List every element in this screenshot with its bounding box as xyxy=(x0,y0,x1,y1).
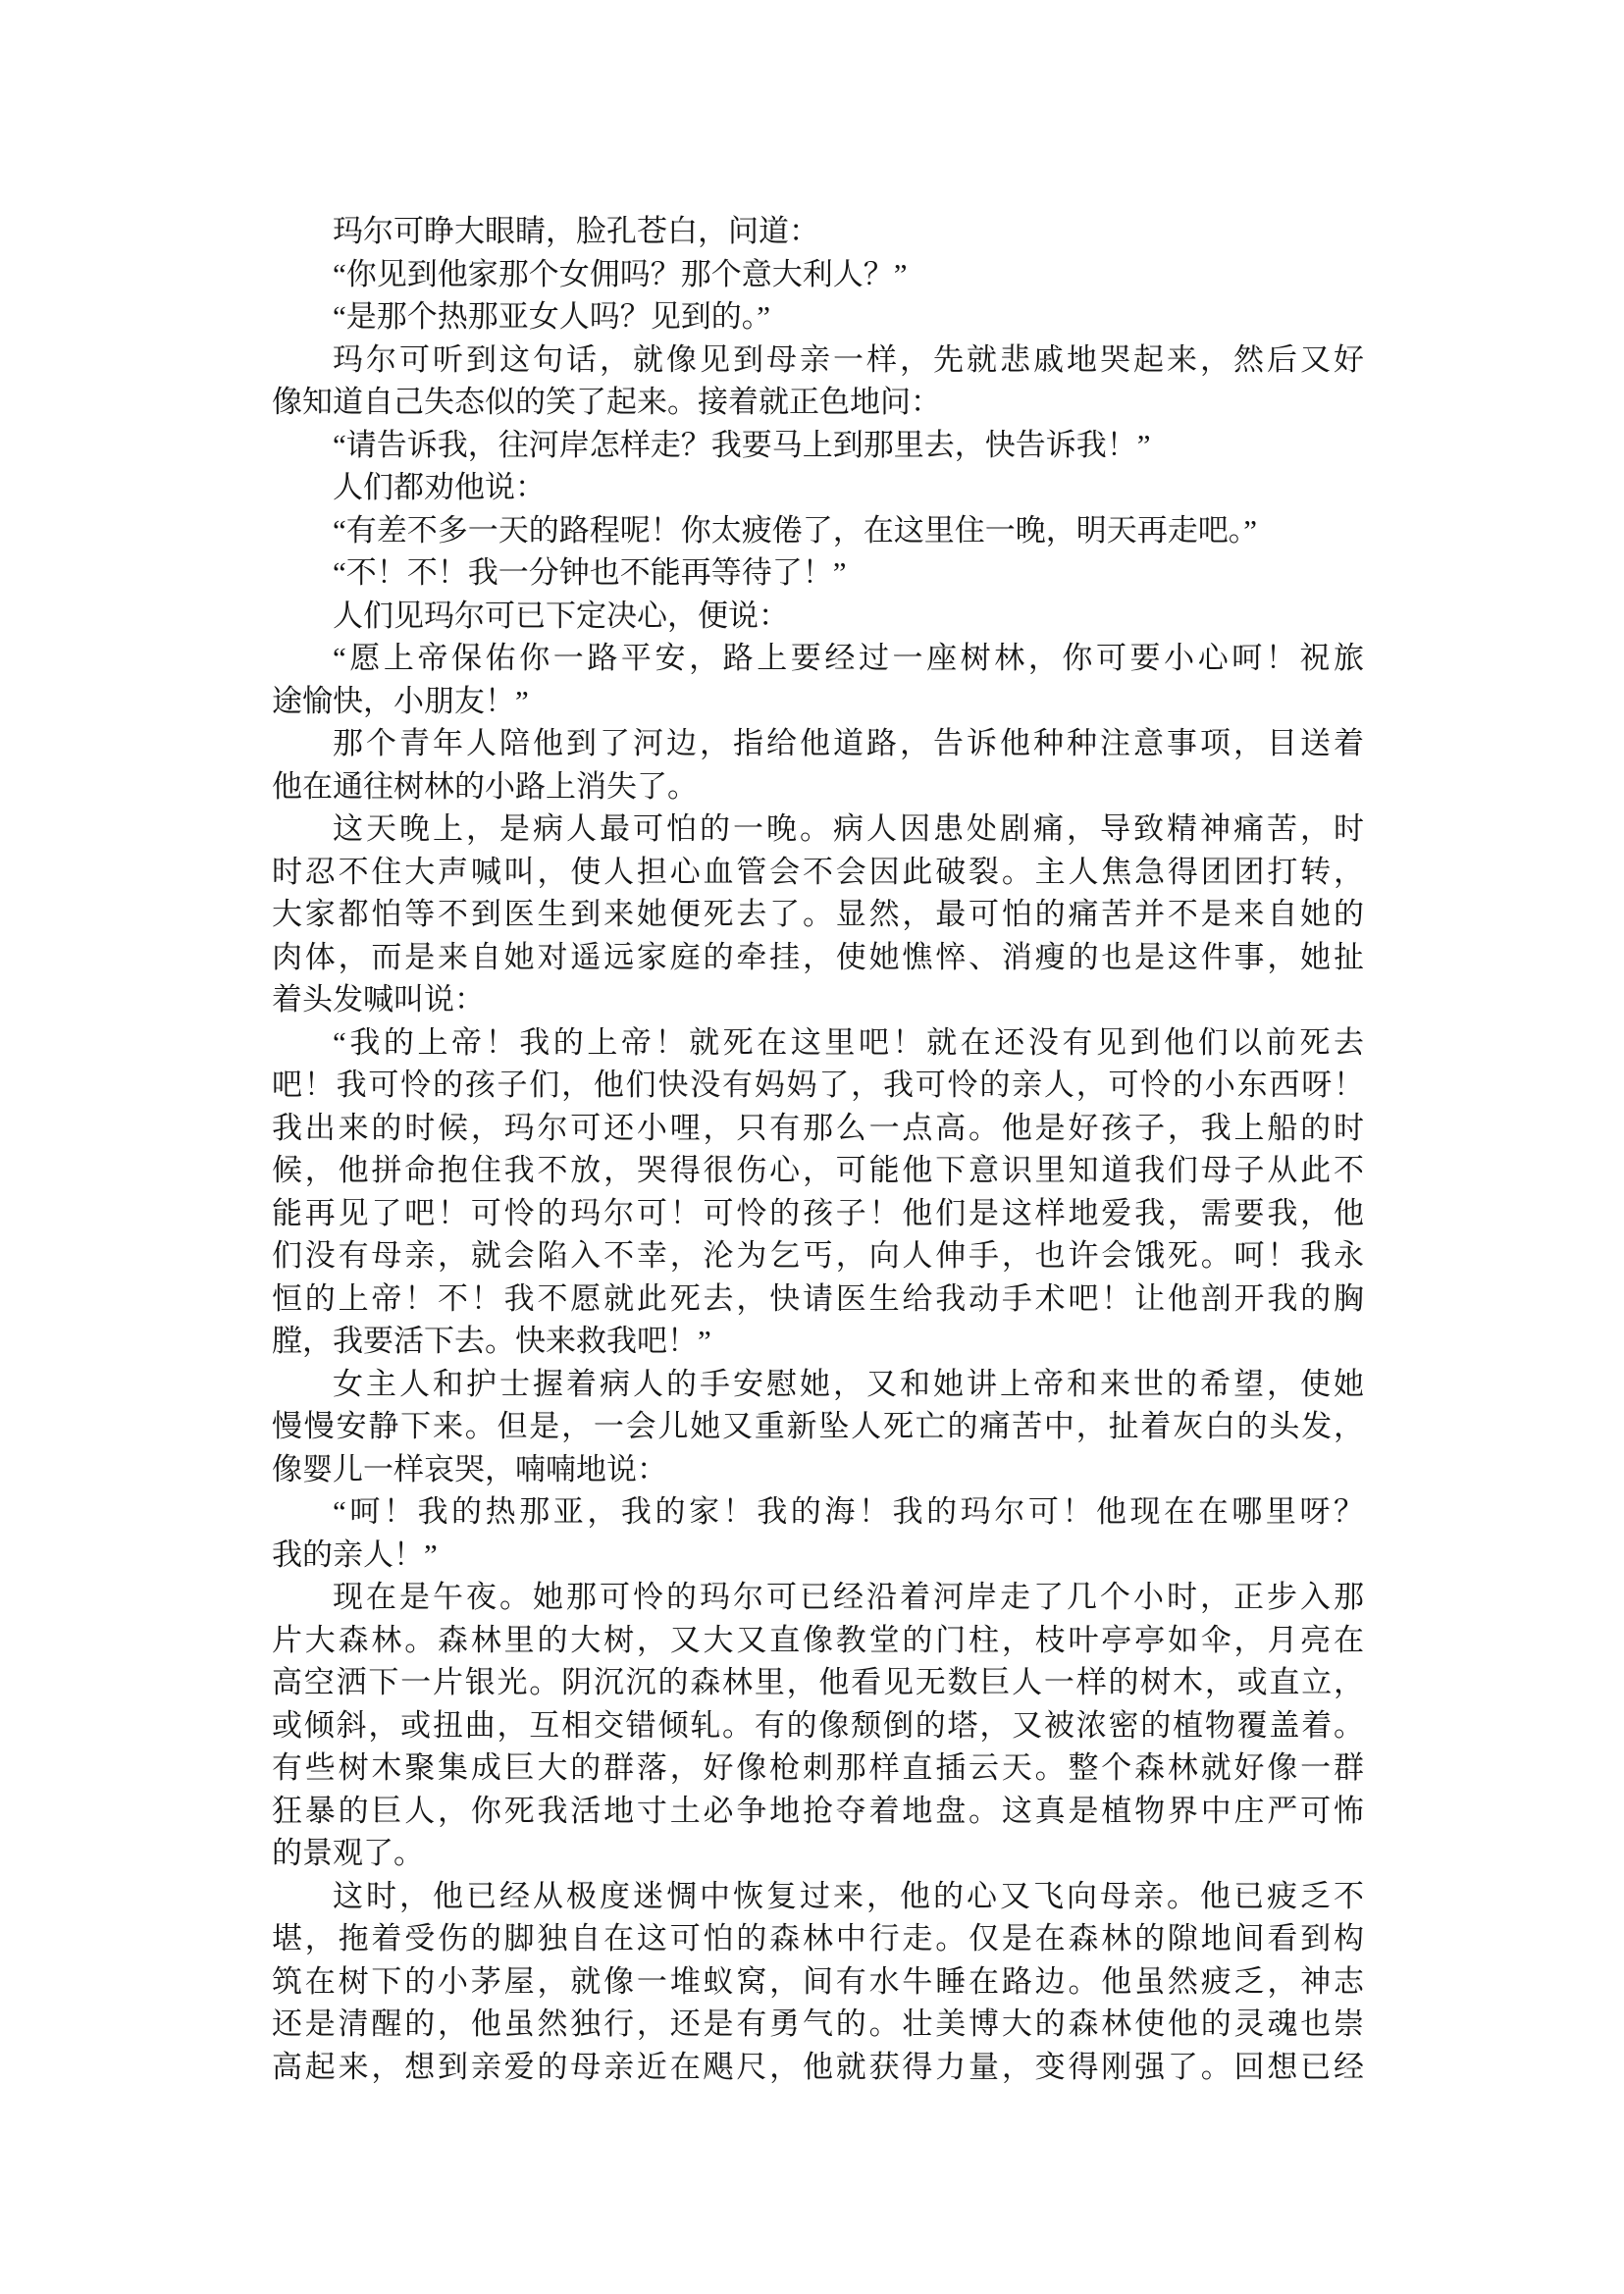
text-line: 人们都劝他说： xyxy=(272,466,1364,509)
text-line: “不！不！我一分钟也不能再等待了！” xyxy=(272,551,1364,595)
text-line: 筑在树下的小茅屋，就像一堆蚁窝，间有水牛睡在路边。他虽然疲乏，神志 xyxy=(272,1960,1364,2004)
text-line: “是那个热那亚女人吗？见到的。” xyxy=(272,295,1364,339)
text-line: 大家都怕等不到医生到来她便死去了。显然，最可怕的痛苦并不是来自她的 xyxy=(272,893,1364,936)
text-line: 这时，他已经从极度迷惆中恢复过来，他的心又飞向母亲。他已疲乏不 xyxy=(272,1875,1364,1918)
text-line: 那个青年人陪他到了河边，指给他道路，告诉他种种注意事项，目送着 xyxy=(272,722,1364,765)
text-line: 高空洒下一片银光。阴沉沉的森林里，他看见无数巨人一样的树木，或直立， xyxy=(272,1661,1364,1704)
text-line: 女主人和护士握着病人的手安慰她，又和她讲上帝和来世的希望，使她 xyxy=(272,1363,1364,1406)
text-line: 恒的上帝！不！我不愿就此死去，快请医生给我动手术吧！让他剖开我的胸 xyxy=(272,1277,1364,1321)
text-line: 有些树木聚集成巨大的群落，好像枪刺那样直插云天。整个森林就好像一群 xyxy=(272,1747,1364,1790)
text-line: 我的亲人！” xyxy=(272,1534,1364,1577)
text-line: 玛尔可听到这句话，就像见到母亲一样，先就悲戚地哭起来，然后又好 xyxy=(272,339,1364,382)
text-line: 肉体，而是来自她对遥远家庭的牵挂，使她憔悴、消瘦的也是这件事，她扯 xyxy=(272,936,1364,979)
text-line: 他在通往树林的小路上消失了。 xyxy=(272,765,1364,808)
text-line: “我的上帝！我的上帝！就死在这里吧！就在还没有见到他们以前死去 xyxy=(272,1021,1364,1065)
text-line: 片大森林。森林里的大树，又大又直像教堂的门柱，枝叶亭亭如伞，月亮在 xyxy=(272,1619,1364,1662)
text-line: 还是清醒的，他虽然独行，还是有勇气的。壮美博大的森林使他的灵魂也崇 xyxy=(272,2003,1364,2046)
text-line: 慢慢安静下来。但是，一会儿她又重新坠人死亡的痛苦中，扯着灰白的头发， xyxy=(272,1405,1364,1448)
text-line: “愿上帝保佑你一路平安，路上要经过一座树林，你可要小心呵！祝旅 xyxy=(272,637,1364,680)
text-line: 这天晚上，是病人最可怕的一晚。病人因患处剧痛，导致精神痛苦，时 xyxy=(272,808,1364,851)
text-line: 着头发喊叫说： xyxy=(272,978,1364,1021)
text-line: 候，他拼命抱住我不放，哭得很伤心，可能他下意识里知道我们母子从此不 xyxy=(272,1149,1364,1192)
text-line: “你见到他家那个女佣吗？那个意大利人？” xyxy=(272,253,1364,296)
text-line: 吧！我可怜的孩子们，他们快没有妈妈了，我可怜的亲人，可怜的小东西呀！ xyxy=(272,1064,1364,1107)
body-text: 玛尔可睁大眼睛，脸孔苍白，问道： “你见到他家那个女佣吗？那个意大利人？” “是… xyxy=(272,210,1364,2088)
text-line: “请告诉我，往河岸怎样走？我要马上到那里去，快告诉我！” xyxy=(272,424,1364,467)
text-line: “呵！我的热那亚，我的家！我的海！我的玛尔可！他现在在哪里呀？ xyxy=(272,1490,1364,1534)
text-line: 堪，拖着受伤的脚独自在这可怕的森林中行走。仅是在森林的隙地间看到构 xyxy=(272,1917,1364,1960)
document-page: 玛尔可睁大眼睛，脸孔苍白，问道： “你见到他家那个女佣吗？那个意大利人？” “是… xyxy=(0,0,1624,2294)
text-line: 能再见了吧！可怜的玛尔可！可怜的孩子！他们是这样地爱我，需要我，他 xyxy=(272,1192,1364,1235)
text-line: 的景观了。 xyxy=(272,1832,1364,1875)
text-line: 或倾斜，或扭曲，互相交错倾轧。有的像颓倒的塔，又被浓密的植物覆盖着。 xyxy=(272,1704,1364,1747)
text-line: 狂暴的巨人，你死我活地寸土必争地抢夺着地盘。这真是植物界中庄严可怖 xyxy=(272,1790,1364,1833)
text-line: 现在是午夜。她那可怜的玛尔可已经沿着河岸走了几个小时，正步入那 xyxy=(272,1576,1364,1619)
text-line: 们没有母亲，就会陷入不幸，沦为乞丐，向人伸手，也许会饿死。呵！我永 xyxy=(272,1234,1364,1277)
text-line: 膛，我要活下去。快来救我吧！” xyxy=(272,1320,1364,1363)
text-line: 人们见玛尔可已下定决心，便说： xyxy=(272,595,1364,638)
text-line: 像知道自己失态似的笑了起来。接着就正色地问： xyxy=(272,381,1364,424)
text-line: 时忍不住大声喊叫，使人担心血管会不会因此破裂。主人焦急得团团打转， xyxy=(272,851,1364,894)
text-line: 途愉快，小朋友！” xyxy=(272,680,1364,723)
text-line: “有差不多一天的路程呢！你太疲倦了，在这里住一晚，明天再走吧。” xyxy=(272,509,1364,552)
text-line: 像婴儿一样哀哭，喃喃地说： xyxy=(272,1448,1364,1491)
text-line: 我出来的时候，玛尔可还小哩，只有那么一点高。他是好孩子，我上船的时 xyxy=(272,1107,1364,1150)
text-line: 玛尔可睁大眼睛，脸孔苍白，问道： xyxy=(272,210,1364,253)
text-line: 高起来，想到亲爱的母亲近在飓尺，他就获得力量，变得刚强了。回想已经 xyxy=(272,2046,1364,2089)
